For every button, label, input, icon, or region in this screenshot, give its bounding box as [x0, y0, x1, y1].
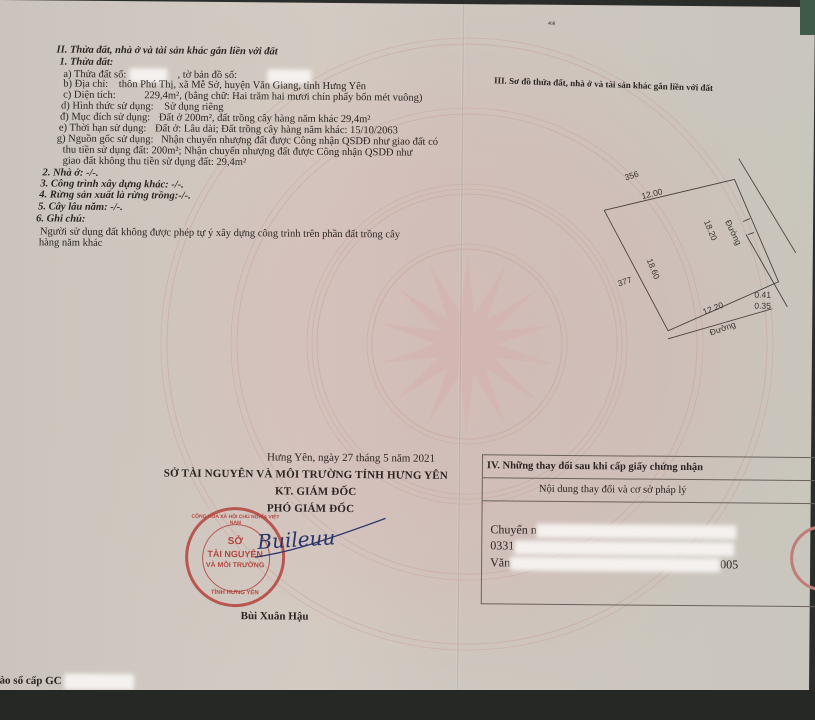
- change-entry-line-1: Chuyển n: [490, 522, 536, 536]
- changes-column-header: Nội dung thay đổi và cơ sở pháp lý: [483, 478, 815, 504]
- change-entry: Chuyển n 0331 Văn005: [482, 501, 815, 573]
- road-offset-1: 0.41: [754, 290, 771, 300]
- table-surface: [0, 690, 815, 720]
- redacted-entry-1: [537, 524, 737, 540]
- change-entry-line-3-end: 005: [720, 557, 738, 571]
- changes-table: IV. Những thay đổi sau khi cấp giấy chứn…: [481, 454, 815, 607]
- redacted-entry-2: [514, 540, 734, 556]
- road-offset-2: 0.35: [754, 301, 771, 311]
- redacted-entry-3: [510, 556, 720, 572]
- change-entry-line-2: 0331: [490, 539, 514, 553]
- change-entry-line-3: Văn: [490, 555, 510, 569]
- background-corner: [800, 0, 815, 35]
- section-iv-title: IV. Những thay đổi sau khi cấp giấy chứn…: [483, 455, 815, 481]
- certificate-paper: II. Thửa đất, nhà ở và tài sản khác gắn …: [0, 0, 815, 707]
